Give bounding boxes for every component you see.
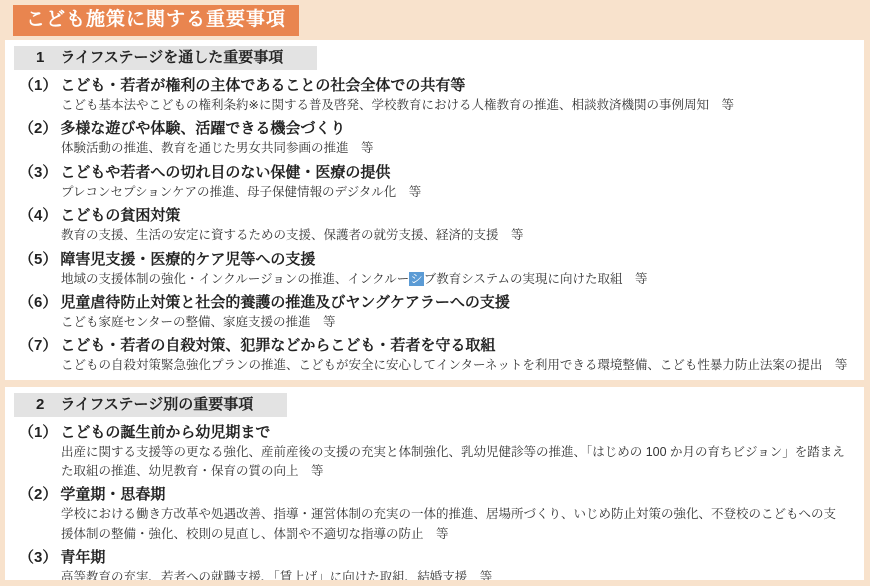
item-title: 学童期・思春期: [60, 485, 165, 504]
item-number: （1）: [19, 76, 57, 95]
item-detail: こどもの自殺対策緊急強化プランの推進、こどもが安全に安心してインターネットを利用…: [61, 356, 848, 375]
highlighted-character: シ: [409, 272, 424, 286]
item-number: （2）: [19, 119, 57, 138]
item-number: （6）: [19, 293, 57, 312]
list-item: （2） 学童期・思春期 学校における働き方改革や処遇改善、指導・運営体制の充実の…: [5, 485, 864, 544]
item-heading: （3） 青年期: [19, 548, 850, 567]
item-heading: （5） 障害児支援・医療的ケア児等への支援: [19, 250, 850, 269]
list-item: （2） 多様な遊びや体験、活躍できる機会づくり 体験活動の推進、教育を通じた男女…: [5, 119, 864, 158]
item-title: こども・若者の自殺対策、犯罪などからこども・若者を守る取組: [60, 336, 495, 355]
item-heading: （2） 学童期・思春期: [19, 485, 850, 504]
section-label: ライフステージ別の重要事項: [60, 396, 253, 413]
item-number: （4）: [19, 206, 57, 225]
item-heading: （7） こども・若者の自殺対策、犯罪などからこども・若者を守る取組: [19, 336, 850, 355]
list-item: （1） こどもの誕生前から幼児期まで 出産に関する支援等の更なる強化、産前産後の…: [5, 423, 864, 482]
item-heading: （6） 児童虐待防止対策と社会的養護の推進及びヤングケアラーへの支援: [19, 293, 850, 312]
item-heading: （1） こども・若者が権利の主体であることの社会全体での共有等: [19, 76, 850, 95]
document-page: こども施策に関する重要事項 1ライフステージを通した重要事項 （1） こども・若…: [0, 0, 870, 586]
item-detail: プレコンセプションケアの推進、母子保健情報のデジタル化 等: [61, 183, 848, 202]
item-title: 障害児支援・医療的ケア児等への支援: [60, 250, 315, 269]
item-title: こどもの貧困対策: [60, 206, 180, 225]
list-item: （4） こどもの貧困対策 教育の支援、生活の安定に資するための支援、保護者の就労…: [5, 206, 864, 245]
item-detail: 体験活動の推進、教育を通じた男女共同参画の推進 等: [61, 139, 848, 158]
item-detail: 教育の支援、生活の安定に資するための支援、保護者の就労支援、経済的支援 等: [61, 226, 848, 245]
section-number: 2: [36, 396, 44, 413]
item-number: （5）: [19, 250, 57, 269]
header-band: こども施策に関する重要事項: [5, 0, 864, 40]
item-detail-text: 地域の支援体制の強化・インクルージョンの推進、インクルー: [61, 272, 409, 286]
section-number: 1: [36, 49, 44, 66]
list-item: （5） 障害児支援・医療的ケア児等への支援 地域の支援体制の強化・インクルージョ…: [5, 250, 864, 289]
section-1-heading-bar: 1ライフステージを通した重要事項: [14, 46, 317, 70]
item-heading: （4） こどもの貧困対策: [19, 206, 850, 225]
item-detail: 学校における働き方改革や処遇改善、指導・運営体制の充実の一体的推進、居場所づくり…: [61, 505, 848, 544]
page-title: こども施策に関する重要事項: [13, 5, 299, 36]
item-detail-text: ブ教育システムの実現に向けた取組 等: [424, 272, 648, 286]
item-number: （2）: [19, 485, 57, 504]
item-detail: 地域の支援体制の強化・インクルージョンの推進、インクルーシブ教育システムの実現に…: [61, 270, 848, 289]
item-number: （3）: [19, 163, 57, 182]
list-item: （7） こども・若者の自殺対策、犯罪などからこども・若者を守る取組 こどもの自殺…: [5, 336, 864, 375]
item-detail: 高等教育の充実、若者への就職支援、「賃上げ」に向けた取組、結婚支援 等: [61, 568, 848, 586]
item-heading: （3） こどもや若者への切れ目のない保健・医療の提供: [19, 163, 850, 182]
item-number: （1）: [19, 423, 57, 442]
item-heading: （1） こどもの誕生前から幼児期まで: [19, 423, 850, 442]
item-detail: 出産に関する支援等の更なる強化、産前産後の支援の充実と体制強化、乳幼児健診等の推…: [61, 443, 848, 482]
list-item: （1） こども・若者が権利の主体であることの社会全体での共有等 こども基本法やこ…: [5, 76, 864, 115]
item-detail: こども基本法やこどもの権利条約※に関する普及啓発、学校教育における人権教育の推進…: [61, 96, 848, 115]
list-item: （6） 児童虐待防止対策と社会的養護の推進及びヤングケアラーへの支援 こども家庭…: [5, 293, 864, 332]
item-title: こどもの誕生前から幼児期まで: [60, 423, 270, 442]
section-divider: [5, 380, 864, 387]
section-1: 1ライフステージを通した重要事項 （1） こども・若者が権利の主体であることの社…: [5, 40, 864, 376]
item-title: 児童虐待防止対策と社会的養護の推進及びヤングケアラーへの支援: [60, 293, 510, 312]
item-number: （7）: [19, 336, 57, 355]
section-2-heading-bar: 2ライフステージ別の重要事項: [14, 393, 287, 417]
section-label: ライフステージを通した重要事項: [60, 49, 283, 66]
section-2: 2ライフステージ別の重要事項 （1） こどもの誕生前から幼児期まで 出産に関する…: [5, 387, 864, 586]
list-item: （3） 青年期 高等教育の充実、若者への就職支援、「賃上げ」に向けた取組、結婚支…: [5, 548, 864, 586]
item-title: こども・若者が権利の主体であることの社会全体での共有等: [60, 76, 465, 95]
item-title: 多様な遊びや体験、活躍できる機会づくり: [60, 119, 345, 138]
item-detail: こども家庭センターの整備、家庭支援の推進 等: [61, 313, 848, 332]
item-heading: （2） 多様な遊びや体験、活躍できる機会づくり: [19, 119, 850, 138]
list-item: （3） こどもや若者への切れ目のない保健・医療の提供 プレコンセプションケアの推…: [5, 163, 864, 202]
item-title: 青年期: [60, 548, 105, 567]
item-number: （3）: [19, 548, 57, 567]
item-title: こどもや若者への切れ目のない保健・医療の提供: [60, 163, 390, 182]
